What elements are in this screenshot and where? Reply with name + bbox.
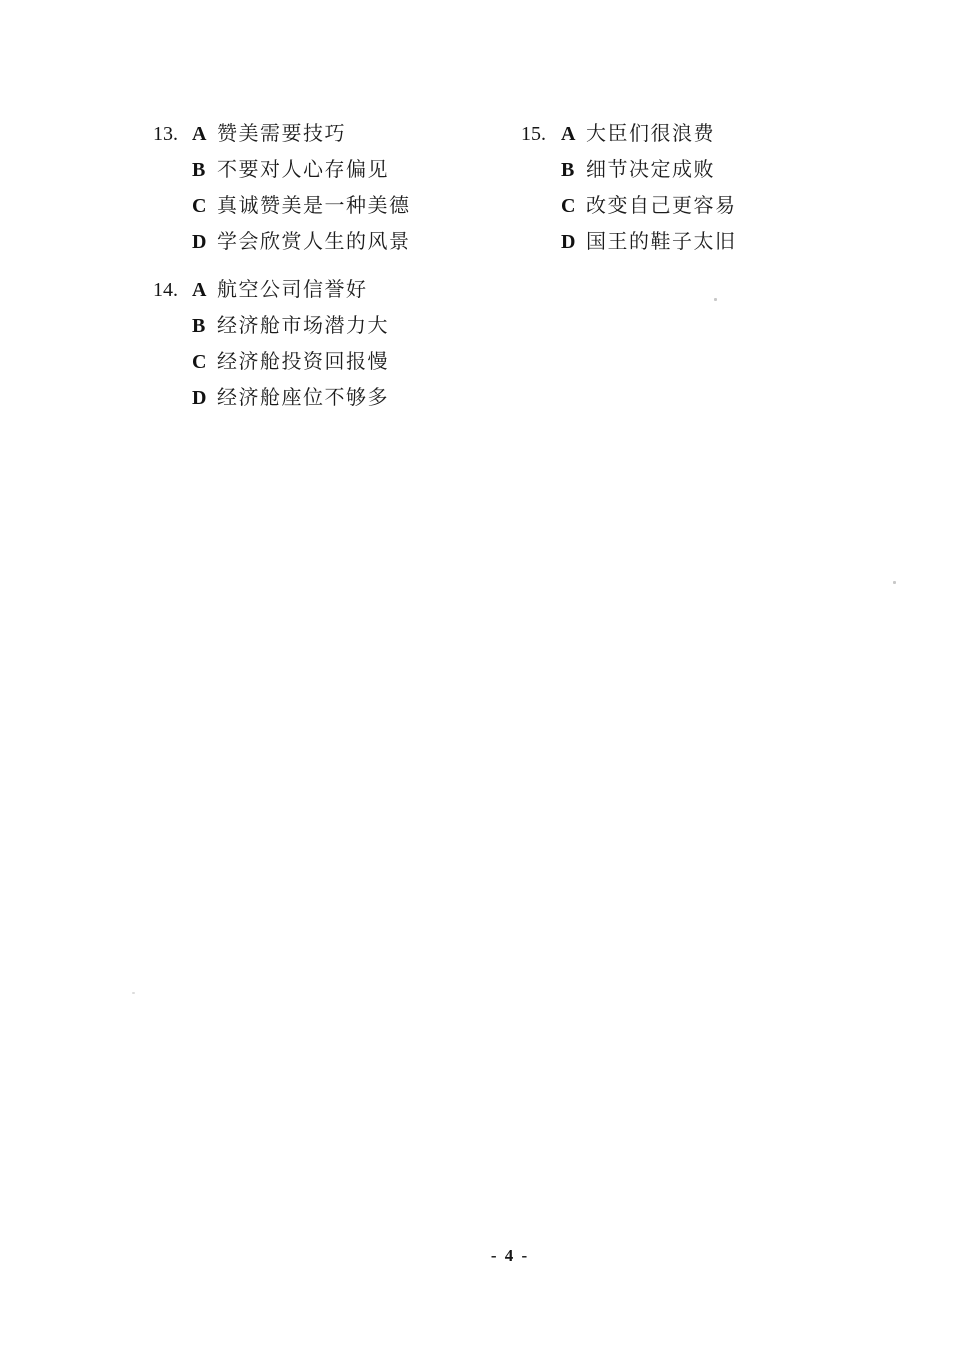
option-letter: D xyxy=(192,224,217,260)
option-text: 国王的鞋子太旧 xyxy=(586,224,737,260)
option-letter: D xyxy=(192,380,217,416)
option-text: 真诚赞美是一种美德 xyxy=(217,188,411,224)
question-15: 15. A 大臣们很浪费 B 细节决定成败 C 改变自己更容易 D 国王的鞋子太… xyxy=(521,116,737,260)
option-letter: B xyxy=(192,152,217,188)
option-text: 改变自己更容易 xyxy=(586,188,737,224)
option-letter: A xyxy=(192,116,217,152)
option-row: B 细节决定成败 xyxy=(521,152,737,188)
option-row: 14. A 航空公司信誉好 xyxy=(153,272,389,308)
option-text: 经济舱投资回报慢 xyxy=(217,344,389,380)
option-row: 13. A 赞美需要技巧 xyxy=(153,116,411,152)
option-text: 赞美需要技巧 xyxy=(217,116,346,152)
question-13: 13. A 赞美需要技巧 B 不要对人心存偏见 C 真诚赞美是一种美德 D 学会… xyxy=(153,116,411,260)
scan-speck xyxy=(132,992,135,994)
option-letter: C xyxy=(561,188,586,224)
option-letter: C xyxy=(192,188,217,224)
option-row: C 经济舱投资回报慢 xyxy=(153,344,389,380)
option-row: C 真诚赞美是一种美德 xyxy=(153,188,411,224)
scan-speck xyxy=(714,298,717,301)
option-row: 15. A 大臣们很浪费 xyxy=(521,116,737,152)
option-text: 大臣们很浪费 xyxy=(586,116,715,152)
option-text: 学会欣赏人生的风景 xyxy=(217,224,411,260)
question-number: 13. xyxy=(153,116,192,152)
question-number: 14. xyxy=(153,272,192,308)
page-number: - 4 - xyxy=(0,1246,960,1266)
option-text: 航空公司信誉好 xyxy=(217,272,368,308)
scanned-document-page: 13. A 赞美需要技巧 B 不要对人心存偏见 C 真诚赞美是一种美德 D 学会… xyxy=(0,0,960,1347)
option-text: 经济舱座位不够多 xyxy=(217,380,389,416)
scan-speck xyxy=(893,581,896,584)
option-row: D 国王的鞋子太旧 xyxy=(521,224,737,260)
option-letter: D xyxy=(561,224,586,260)
option-row: D 学会欣赏人生的风景 xyxy=(153,224,411,260)
option-row: C 改变自己更容易 xyxy=(521,188,737,224)
option-text: 不要对人心存偏见 xyxy=(217,152,389,188)
option-text: 细节决定成败 xyxy=(586,152,715,188)
option-letter: B xyxy=(192,308,217,344)
option-row: D 经济舱座位不够多 xyxy=(153,380,389,416)
question-14: 14. A 航空公司信誉好 B 经济舱市场潜力大 C 经济舱投资回报慢 D 经济… xyxy=(153,272,389,416)
option-text: 经济舱市场潜力大 xyxy=(217,308,389,344)
option-letter: A xyxy=(192,272,217,308)
option-row: B 不要对人心存偏见 xyxy=(153,152,411,188)
option-letter: A xyxy=(561,116,586,152)
option-row: B 经济舱市场潜力大 xyxy=(153,308,389,344)
option-letter: C xyxy=(192,344,217,380)
question-number: 15. xyxy=(521,116,561,152)
option-letter: B xyxy=(561,152,586,188)
